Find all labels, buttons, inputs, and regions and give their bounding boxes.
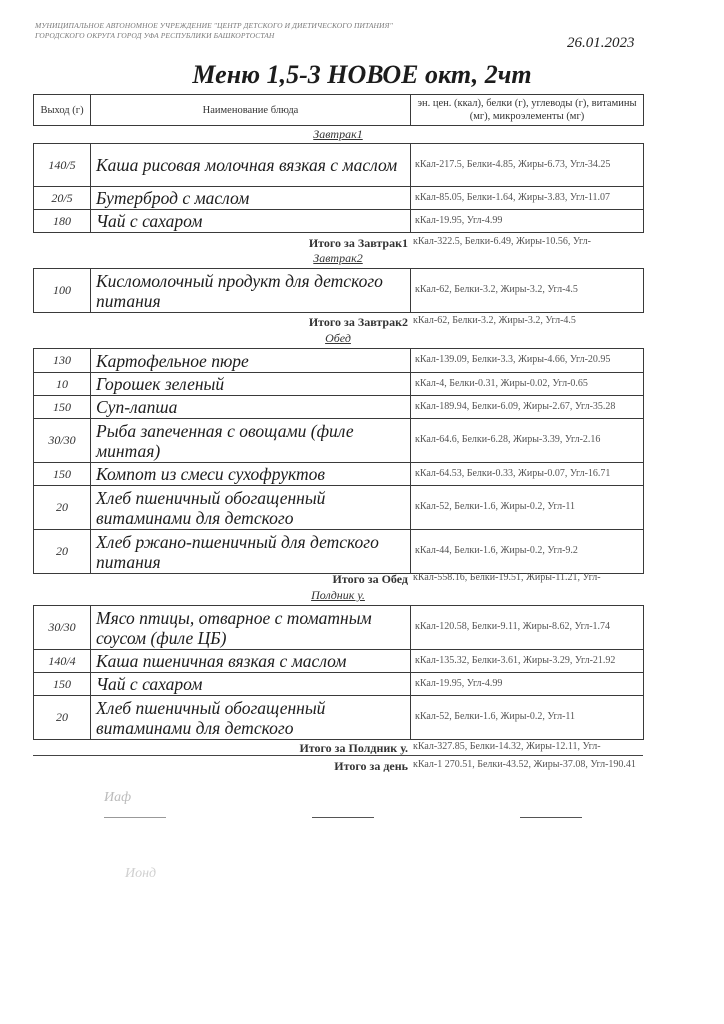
signature-line-1 <box>104 817 166 818</box>
dish-cell: Хлеб пшеничный обогащенный витаминами дл… <box>91 486 411 530</box>
section-title-lunch: Обед <box>33 331 643 346</box>
day-total-value: кКал-1 270.51, Белки-43.52, Жиры-37.08, … <box>413 759 648 772</box>
dish-cell: Хлеб ржано-пшеничный для детского питани… <box>91 530 411 574</box>
yield-cell: 30/30 <box>34 419 91 463</box>
meal-table-breakfast2: 100 Кисломолочный продукт для детского п… <box>33 268 644 313</box>
dish-cell: Суп-лапша <box>91 396 411 419</box>
nutrition-cell: кКал-44, Белки-1.6, Жиры-0.2, Угл-9.2 <box>411 530 644 574</box>
divider <box>33 755 643 756</box>
total-value: кКал-322.5, Белки-6.49, Жиры-10.56, Угл- <box>413 236 648 249</box>
table-row: 30/30 Рыба запеченная с овощами (филе ми… <box>34 419 644 463</box>
column-header-table: Выход (г) Наименование блюда эн. цен. (к… <box>33 94 644 126</box>
nutrition-cell: кКал-64.53, Белки-0.33, Жиры-0.07, Угл-1… <box>411 463 644 486</box>
dish-cell: Картофельное пюре <box>91 349 411 373</box>
section-title-breakfast2: Завтрак2 <box>33 251 643 266</box>
header-dish-name: Наименование блюда <box>91 95 411 126</box>
organization-name: МУНИЦИПАЛЬНОЕ АВТОНОМНОЕ УЧРЕЖДЕНИЕ "ЦЕН… <box>35 21 415 41</box>
meal-table-breakfast1: 140/5 Каша рисовая молочная вязкая с мас… <box>33 143 644 233</box>
dish-cell: Кисломолочный продукт для детского питан… <box>91 269 411 313</box>
signature-1: Иаф <box>104 790 131 806</box>
nutrition-cell: кКал-85.05, Белки-1.64, Жиры-3.83, Угл-1… <box>411 187 644 210</box>
yield-cell: 20 <box>34 486 91 530</box>
yield-cell: 20 <box>34 530 91 574</box>
yield-cell: 140/4 <box>34 650 91 673</box>
table-row: 20 Хлеб пшеничный обогащенный витаминами… <box>34 696 644 740</box>
total-label: Итого за Завтрак1 <box>309 236 408 251</box>
dish-cell: Каша пшеничная вязкая с маслом <box>91 650 411 673</box>
yield-cell: 150 <box>34 463 91 486</box>
yield-cell: 30/30 <box>34 606 91 650</box>
day-total-label: Итого за день <box>334 759 408 774</box>
section-title-breakfast1: Завтрак1 <box>33 127 643 142</box>
nutrition-cell: кКал-19.95, Угл-4.99 <box>411 673 644 696</box>
dish-cell: Чай с сахаром <box>91 210 411 233</box>
signature-line-2 <box>312 817 374 818</box>
table-row: 140/5 Каша рисовая молочная вязкая с мас… <box>34 144 644 187</box>
nutrition-cell: кКал-62, Белки-3.2, Жиры-3.2, Угл-4.5 <box>411 269 644 313</box>
table-row: 30/30 Мясо птицы, отварное с томатным со… <box>34 606 644 650</box>
dish-cell: Хлеб пшеничный обогащенный витаминами дл… <box>91 696 411 740</box>
nutrition-cell: кКал-120.58, Белки-9.11, Жиры-8.62, Угл-… <box>411 606 644 650</box>
table-row: 20 Хлеб ржано-пшеничный для детского пит… <box>34 530 644 574</box>
meal-table-lunch: 130 Картофельное пюре кКал-139.09, Белки… <box>33 348 644 574</box>
table-row: 180 Чай с сахаром кКал-19.95, Угл-4.99 <box>34 210 644 233</box>
nutrition-cell: кКал-52, Белки-1.6, Жиры-0.2, Угл-11 <box>411 696 644 740</box>
dish-cell: Рыба запеченная с овощами (филе минтая) <box>91 419 411 463</box>
signature-line-3 <box>520 817 582 818</box>
yield-cell: 150 <box>34 673 91 696</box>
yield-cell: 10 <box>34 373 91 396</box>
nutrition-cell: кКал-52, Белки-1.6, Жиры-0.2, Угл-11 <box>411 486 644 530</box>
dish-cell: Бутерброд с маслом <box>91 187 411 210</box>
table-row: 20/5 Бутерброд с маслом кКал-85.05, Белк… <box>34 187 644 210</box>
total-value: кКал-327.85, Белки-14.32, Жиры-12.11, Уг… <box>413 741 648 754</box>
nutrition-cell: кКал-189.94, Белки-6.09, Жиры-2.67, Угл-… <box>411 396 644 419</box>
dish-cell: Каша рисовая молочная вязкая с маслом <box>91 144 411 187</box>
nutrition-cell: кКал-135.32, Белки-3.61, Жиры-3.29, Угл-… <box>411 650 644 673</box>
nutrition-cell: кКал-139.09, Белки-3.3, Жиры-4.66, Угл-2… <box>411 349 644 373</box>
yield-cell: 130 <box>34 349 91 373</box>
nutrition-cell: кКал-4, Белки-0.31, Жиры-0.02, Угл-0.65 <box>411 373 644 396</box>
yield-cell: 180 <box>34 210 91 233</box>
yield-cell: 140/5 <box>34 144 91 187</box>
nutrition-cell: кКал-64.6, Белки-6.28, Жиры-3.39, Угл-2.… <box>411 419 644 463</box>
signature-2: Ионд <box>125 866 156 882</box>
total-value: кКал-62, Белки-3.2, Жиры-3.2, Угл-4.5 <box>413 315 648 328</box>
header-yield: Выход (г) <box>34 95 91 126</box>
header-nutrition: эн. цен. (ккал), белки (г), углеводы (г)… <box>411 95 644 126</box>
yield-cell: 150 <box>34 396 91 419</box>
table-row: 100 Кисломолочный продукт для детского п… <box>34 269 644 313</box>
table-row: 150 Компот из смеси сухофруктов кКал-64.… <box>34 463 644 486</box>
section-title-snack: Полдник у. <box>33 588 643 603</box>
table-row: 150 Чай с сахаром кКал-19.95, Угл-4.99 <box>34 673 644 696</box>
dish-cell: Горошек зеленый <box>91 373 411 396</box>
table-row: 10 Горошек зеленый кКал-4, Белки-0.31, Ж… <box>34 373 644 396</box>
dish-cell: Чай с сахаром <box>91 673 411 696</box>
total-label: Итого за Завтрак2 <box>309 315 408 330</box>
yield-cell: 100 <box>34 269 91 313</box>
total-value: кКал-558.16, Белки-19.51, Жиры-11.21, Уг… <box>413 572 648 585</box>
nutrition-cell: кКал-217.5, Белки-4.85, Жиры-6.73, Угл-3… <box>411 144 644 187</box>
page-title: Меню 1,5-3 НОВОЕ окт, 2чт <box>0 60 724 90</box>
document-date: 26.01.2023 <box>567 35 635 52</box>
total-label: Итого за Обед <box>333 572 408 587</box>
table-row: 150 Суп-лапша кКал-189.94, Белки-6.09, Ж… <box>34 396 644 419</box>
yield-cell: 20 <box>34 696 91 740</box>
table-row: 20 Хлеб пшеничный обогащенный витаминами… <box>34 486 644 530</box>
table-row: 140/4 Каша пшеничная вязкая с маслом кКа… <box>34 650 644 673</box>
nutrition-cell: кКал-19.95, Угл-4.99 <box>411 210 644 233</box>
dish-cell: Компот из смеси сухофруктов <box>91 463 411 486</box>
yield-cell: 20/5 <box>34 187 91 210</box>
table-row: 130 Картофельное пюре кКал-139.09, Белки… <box>34 349 644 373</box>
total-label: Итого за Полдник у. <box>299 741 408 756</box>
meal-table-snack: 30/30 Мясо птицы, отварное с томатным со… <box>33 605 644 740</box>
dish-cell: Мясо птицы, отварное с томатным соусом (… <box>91 606 411 650</box>
